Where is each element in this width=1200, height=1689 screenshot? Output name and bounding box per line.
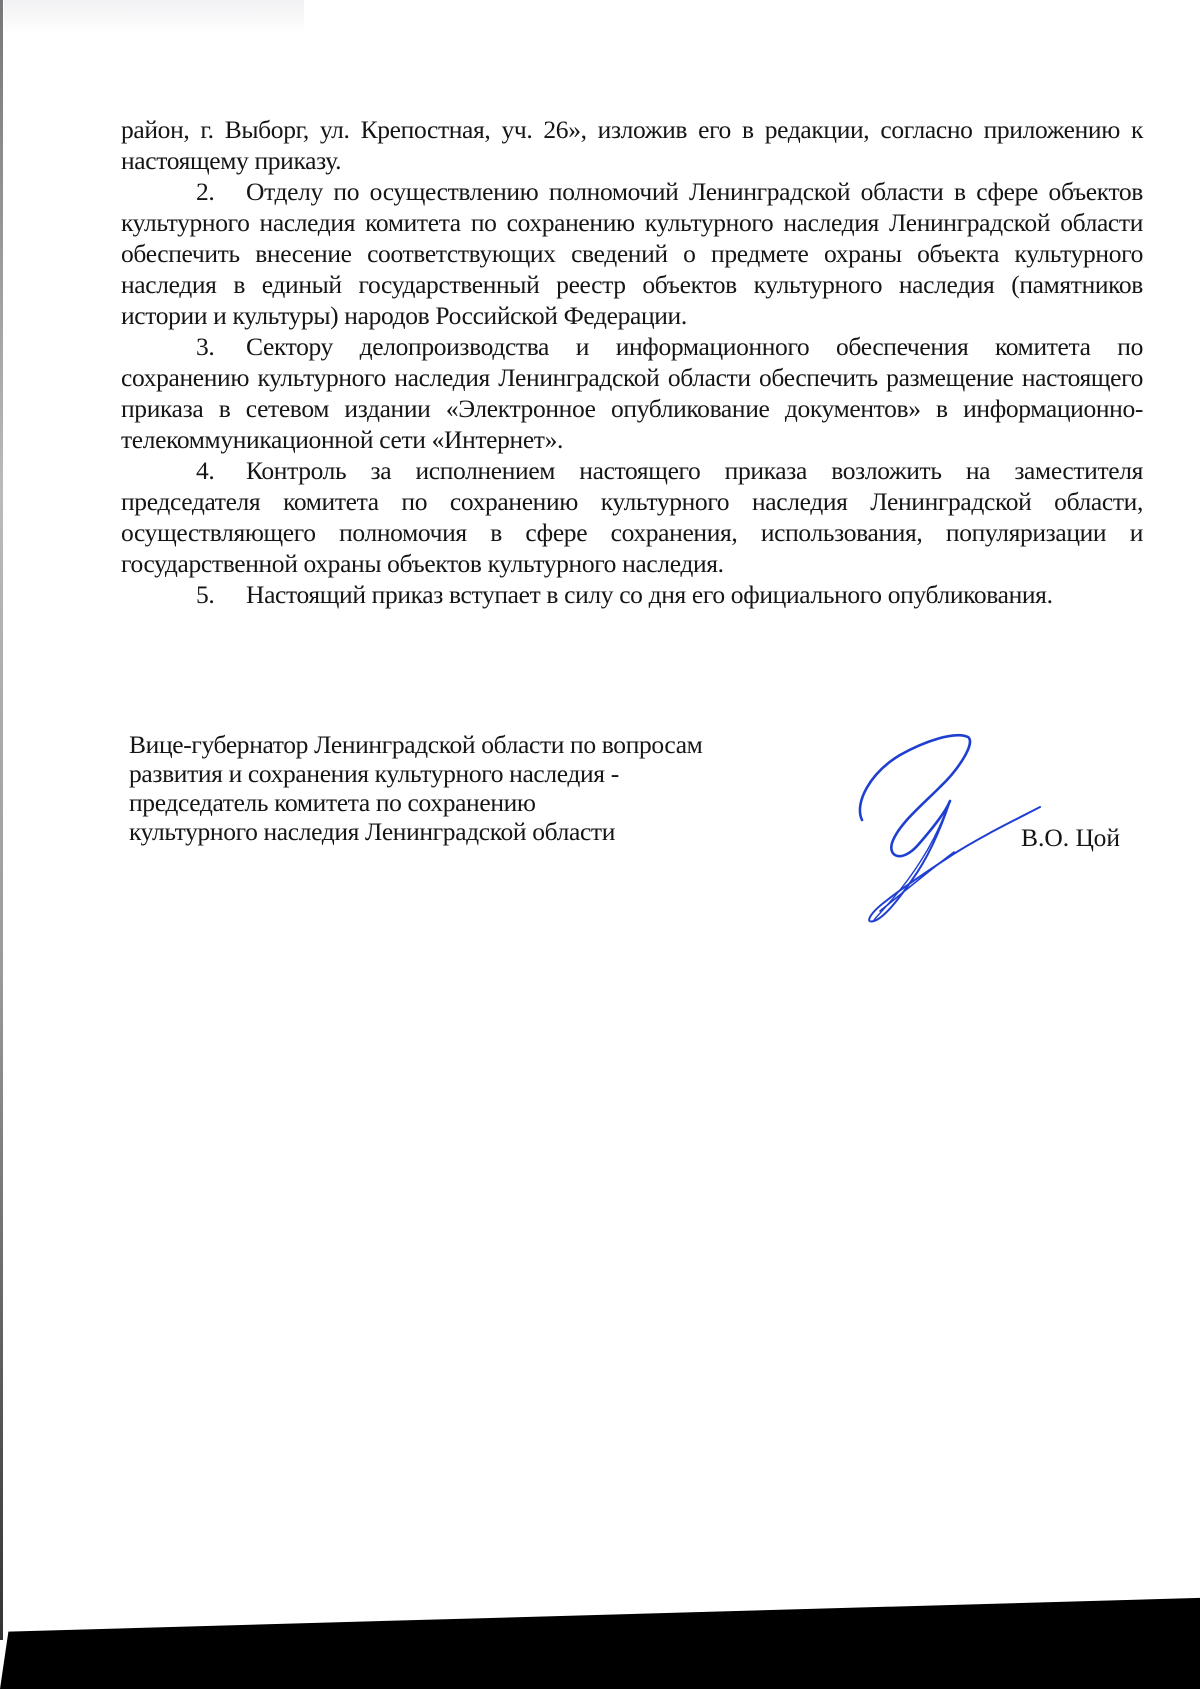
paragraph-number: 2.: [196, 176, 246, 207]
scanned-page: район, г. Выборг, ул. Крепостная, уч. 26…: [0, 0, 1200, 1689]
paragraph-item-4: 4.Контроль за исполнением настоящего при…: [121, 455, 1143, 579]
paragraph-item-5: 5.Настоящий приказ вступает в силу со дн…: [121, 579, 1143, 610]
paragraph-number: 4.: [196, 455, 246, 486]
paragraph-text: район, г. Выборг, ул. Крепостная, уч. 26…: [121, 115, 1143, 175]
signatory-title-line: Вице-губернатор Ленинградской области по…: [129, 730, 702, 759]
paragraph-continuation: район, г. Выборг, ул. Крепостная, уч. 26…: [121, 114, 1143, 176]
paragraph-text: Отделу по осуществлению полномочий Ленин…: [121, 177, 1143, 330]
scan-speck: [1136, 475, 1139, 478]
signer-name: В.О. Цой: [1021, 823, 1120, 852]
signatory-title-line: председатель комитета по сохранению: [129, 788, 702, 817]
paragraph-number: 3.: [196, 331, 246, 362]
paragraph-text: Контроль за исполнением настоящего прика…: [121, 456, 1143, 578]
signatory-title-line: развития и сохранения культурного наслед…: [129, 759, 702, 788]
signatory-title-line: культурного наследия Ленинградской облас…: [129, 817, 702, 846]
paragraph-text: Сектору делопроизводства и информационно…: [121, 332, 1143, 454]
signatory-title: Вице-губернатор Ленинградской области по…: [129, 730, 702, 846]
document-body: район, г. Выборг, ул. Крепостная, уч. 26…: [121, 114, 1143, 610]
scan-shadow: [4, 0, 304, 34]
handwritten-signature-icon: [850, 725, 1050, 925]
paragraph-item-2: 2.Отделу по осуществлению полномочий Лен…: [121, 176, 1143, 331]
scan-left-edge: [0, 0, 3, 1640]
paragraph-item-3: 3.Сектору делопроизводства и информацион…: [121, 331, 1143, 455]
scan-bottom-band: [0, 1590, 1200, 1689]
paragraph-number: 5.: [196, 579, 246, 610]
paragraph-text: Настоящий приказ вступает в силу со дня …: [246, 580, 1053, 609]
